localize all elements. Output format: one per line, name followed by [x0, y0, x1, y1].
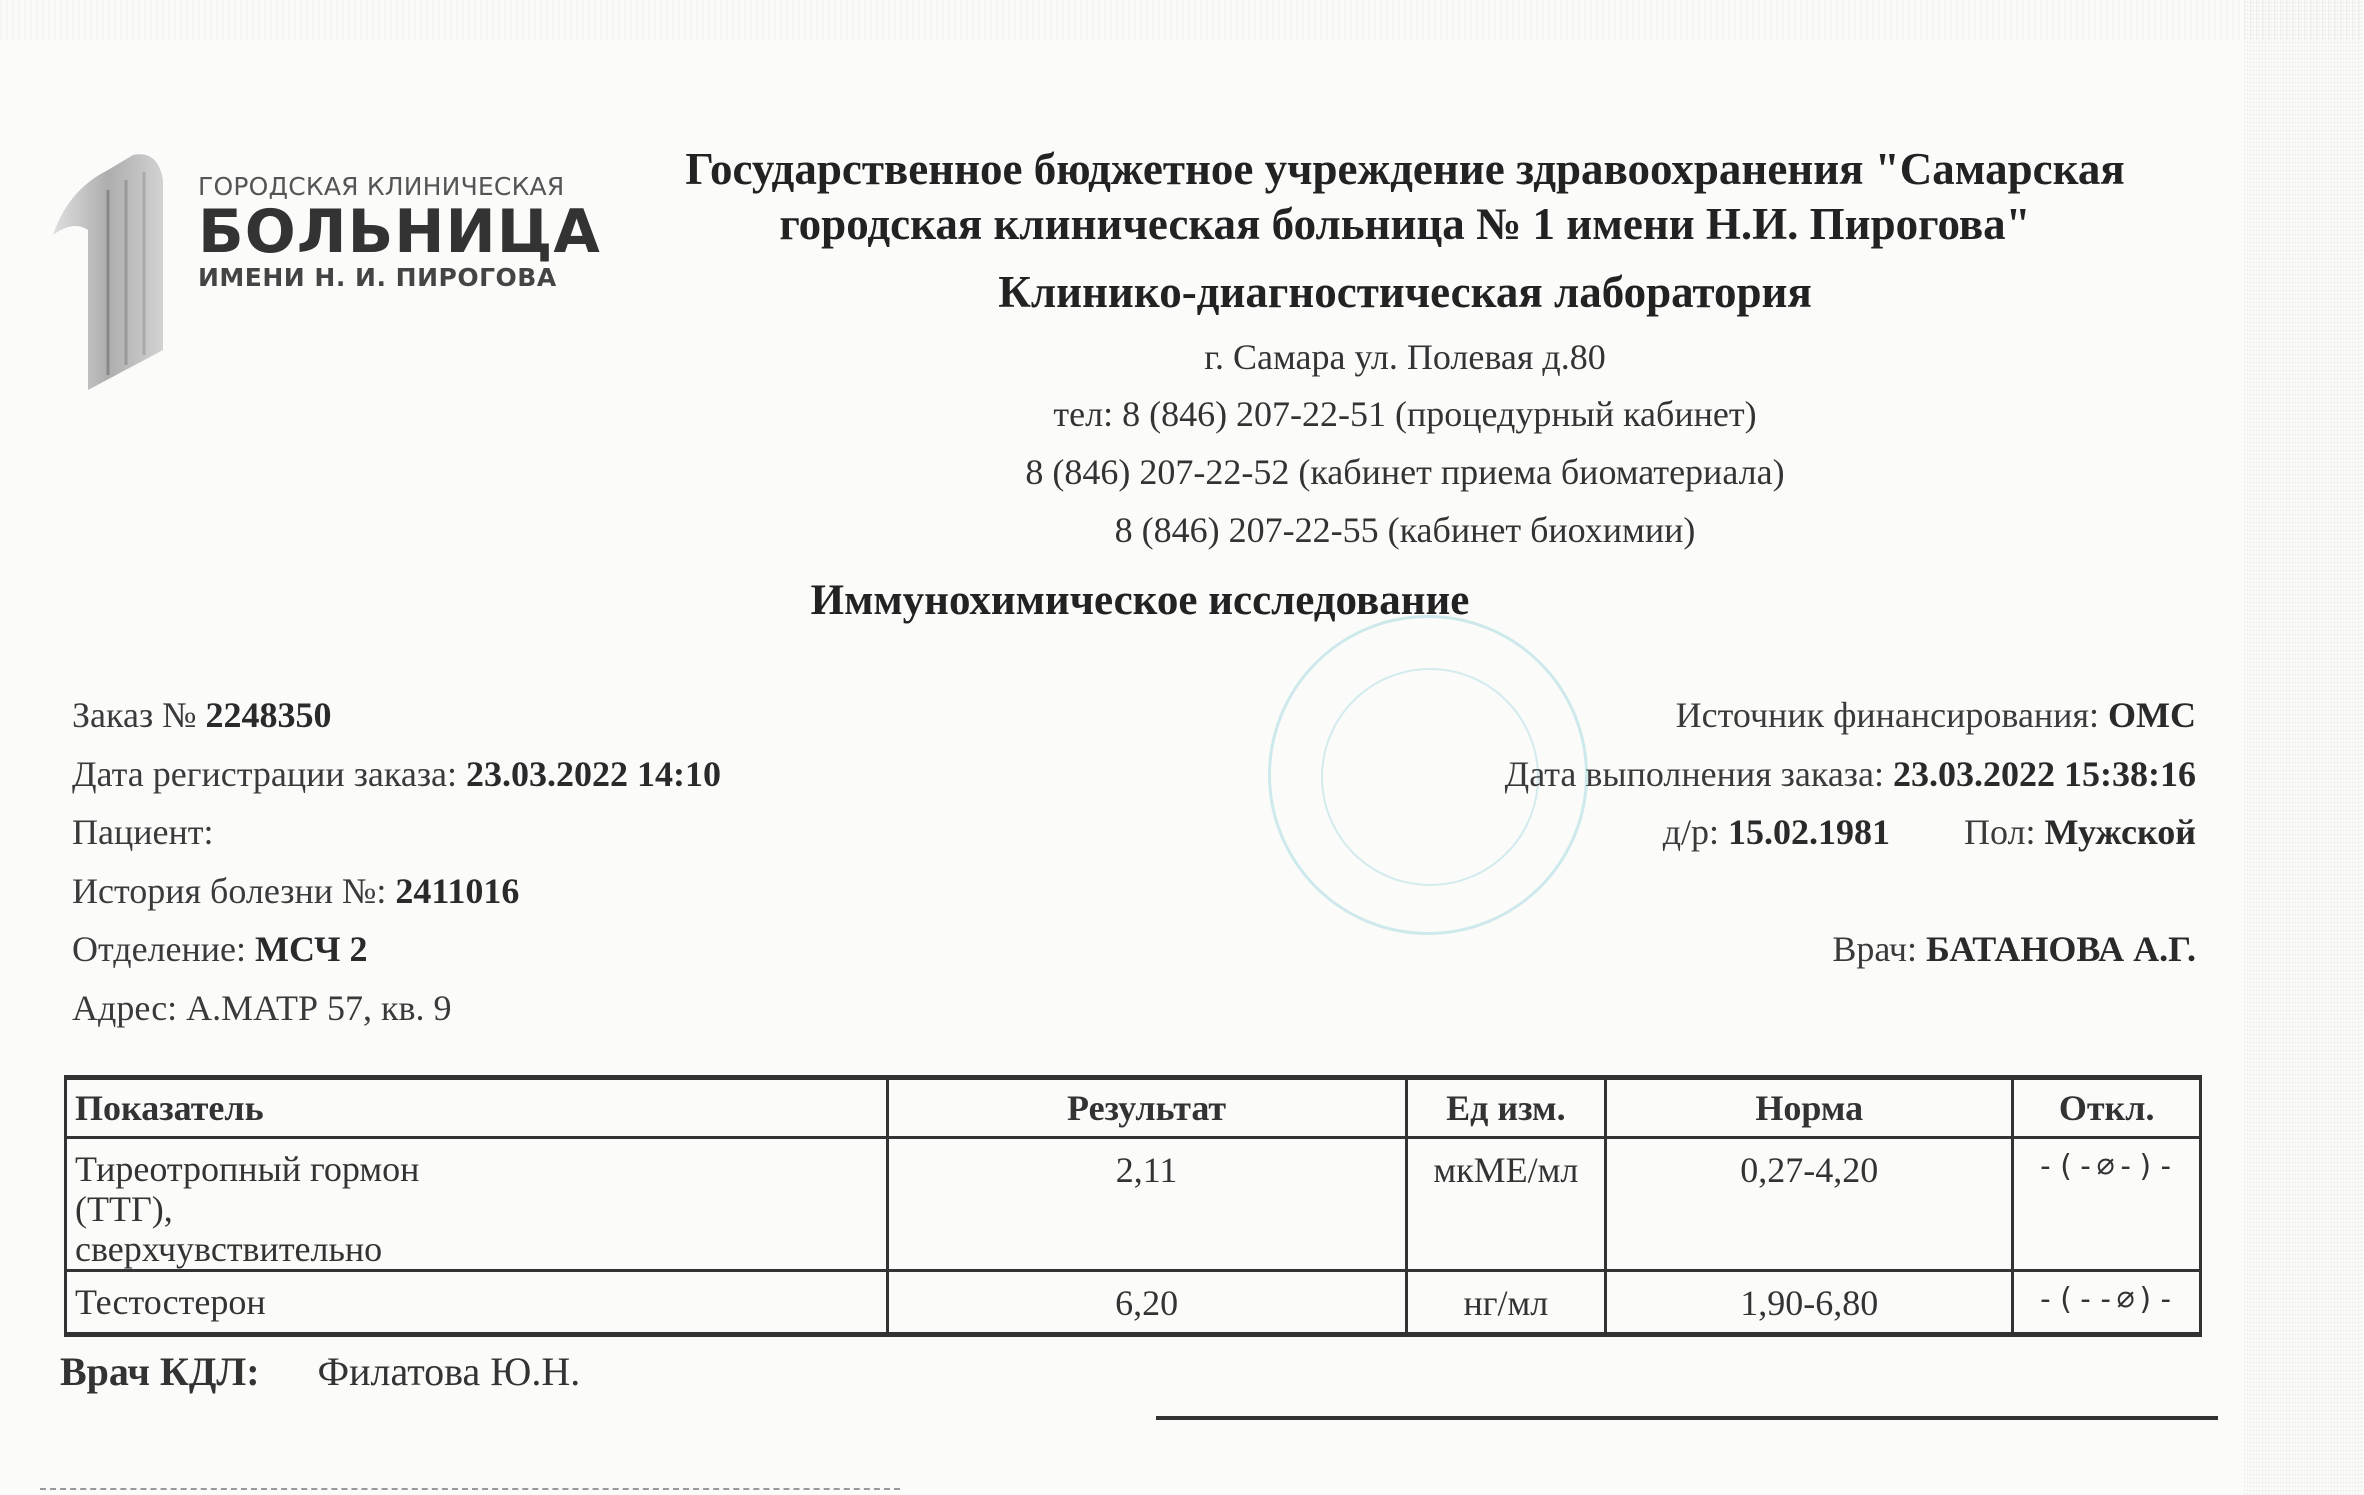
order-number: Заказ № 2248350: [72, 686, 721, 745]
scan-noise-top: [0, 0, 2364, 40]
norm-range: 1,90-6,80: [1606, 1271, 2013, 1335]
deviation-indicator: -(--⌀)-: [2013, 1271, 2201, 1335]
hospital-logo-icon: [48, 150, 178, 390]
funding-source: Источник финансирования: ОМС: [1505, 686, 2196, 745]
lab-phone-1: тел: 8 (846) 207-22-51 (процедурный каби…: [585, 393, 2225, 435]
lab-doctor-label: Врач КДЛ:: [60, 1349, 260, 1394]
table-row: Тестостерон 6,20 нг/мл 1,90-6,80 -(--⌀)-: [66, 1271, 2201, 1335]
patient: Пациент:: [72, 803, 721, 862]
header-result: Результат: [887, 1078, 1406, 1138]
table-row: Тиреотропный гормон (ТТГ), сверхчувствит…: [66, 1138, 2201, 1271]
unit: нг/мл: [1406, 1271, 1606, 1335]
medical-history-number: История болезни №: 2411016: [72, 862, 721, 921]
result-value: 2,11: [887, 1138, 1406, 1271]
organization-title-line-2: городская клиническая больница № 1 имени…: [585, 197, 2225, 252]
lab-doctor-signature: Врач КДЛ:Филатова Ю.Н.: [60, 1348, 580, 1395]
organization-title-line-1: Государственное бюджетное учреждение здр…: [585, 142, 2225, 197]
order-info-right: Источник финансирования: ОМС Дата выполн…: [1505, 686, 2196, 979]
logo-line-2: БОЛЬНИЦА: [198, 201, 601, 263]
scan-noise-edge: [2244, 0, 2364, 1495]
logo-line-3: ИМЕНИ Н. И. ПИРОГОВА: [198, 263, 601, 292]
signature-line: [1156, 1416, 2218, 1420]
header-norm: Норма: [1606, 1078, 2013, 1138]
results-table: Показатель Результат Ед изм. Норма Откл.…: [64, 1075, 2202, 1337]
lab-address: г. Самара ул. Полевая д.80: [585, 336, 2225, 378]
table-header-row: Показатель Результат Ед изм. Норма Откл.: [66, 1078, 2201, 1138]
header-parameter: Показатель: [66, 1078, 888, 1138]
lab-phone-2: 8 (846) 207-22-52 (кабинет приема биомат…: [585, 451, 2225, 493]
header-deviation: Откл.: [2013, 1078, 2201, 1138]
completion-date: Дата выполнения заказа: 23.03.2022 15:38…: [1505, 745, 2196, 804]
hospital-logo: ГОРОДСКАЯ КЛИНИЧЕСКАЯ БОЛЬНИЦА ИМЕНИ Н. …: [48, 140, 568, 400]
lab-title: Клинико-диагностическая лаборатория: [585, 266, 2225, 318]
parameter-name: Тиреотропный гормон (ТТГ), сверхчувствит…: [66, 1138, 888, 1271]
dob-and-sex: д/р: 15.02.1981Пол: Мужской: [1505, 803, 2196, 862]
unit: мкМЕ/мл: [1406, 1138, 1606, 1271]
norm-range: 0,27-4,20: [1606, 1138, 2013, 1271]
department: Отделение: МСЧ 2: [72, 920, 721, 979]
cut-line: [40, 1488, 900, 1490]
lab-doctor-name: Филатова Ю.Н.: [318, 1349, 581, 1394]
result-value: 6,20: [887, 1271, 1406, 1335]
order-info-left: Заказ № 2248350 Дата регистрации заказа:…: [72, 686, 721, 1038]
deviation-indicator: -(-⌀-)-: [2013, 1138, 2201, 1271]
study-title: Иммунохимическое исследование: [560, 576, 1720, 625]
parameter-name: Тестостерон: [66, 1271, 888, 1335]
lab-phone-3: 8 (846) 207-22-55 (кабинет биохимии): [585, 509, 2225, 551]
hospital-logo-text: ГОРОДСКАЯ КЛИНИЧЕСКАЯ БОЛЬНИЦА ИМЕНИ Н. …: [198, 172, 601, 292]
referring-doctor: Врач: БАТАНОВА А.Г.: [1505, 920, 2196, 979]
registration-date: Дата регистрации заказа: 23.03.2022 14:1…: [72, 745, 721, 804]
header-unit: Ед изм.: [1406, 1078, 1606, 1138]
organization-title: Государственное бюджетное учреждение здр…: [585, 142, 2225, 252]
patient-address: Адрес: А.МАТР 57, кв. 9: [72, 979, 721, 1038]
